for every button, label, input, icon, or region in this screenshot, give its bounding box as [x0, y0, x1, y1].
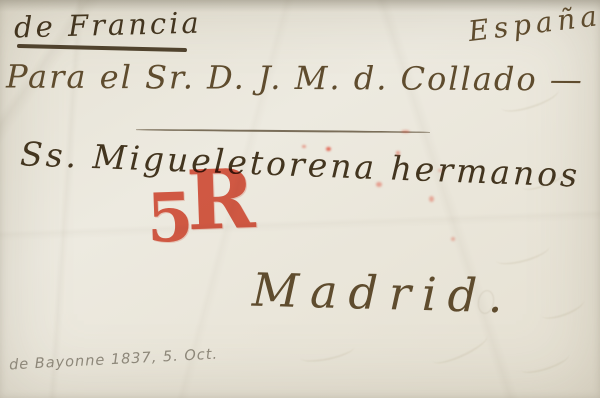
rate-handstamp-5r: 5R	[145, 158, 251, 244]
destination-city: Madrid.	[251, 267, 514, 320]
rate-letter: R	[185, 151, 250, 249]
address-line-recipient: Para el Sr. D. J. M. d. Collado —	[6, 60, 584, 95]
showthrough-mark	[299, 339, 356, 365]
red-ink-smudge	[429, 196, 434, 202]
separator-flourish-line	[136, 129, 430, 133]
postal-cover-scan: de Francia España Para el Sr. D. J. M. d…	[0, 0, 600, 398]
origin-annotation: de Francia	[14, 9, 202, 43]
collector-pencil-note: de Bayonne 1837, 5. Oct.	[9, 348, 219, 373]
showthrough-mark	[429, 328, 491, 369]
showthrough-mark	[539, 293, 587, 323]
rate-digit: 5	[145, 177, 189, 257]
origin-underline-stroke	[17, 44, 187, 52]
address-line-firm: Ss. Migueletorena hermanos	[20, 137, 581, 191]
country-annotation: España	[467, 2, 600, 46]
showthrough-mark	[494, 238, 552, 269]
showthrough-mark	[519, 348, 571, 378]
red-ink-smudge	[451, 237, 455, 241]
